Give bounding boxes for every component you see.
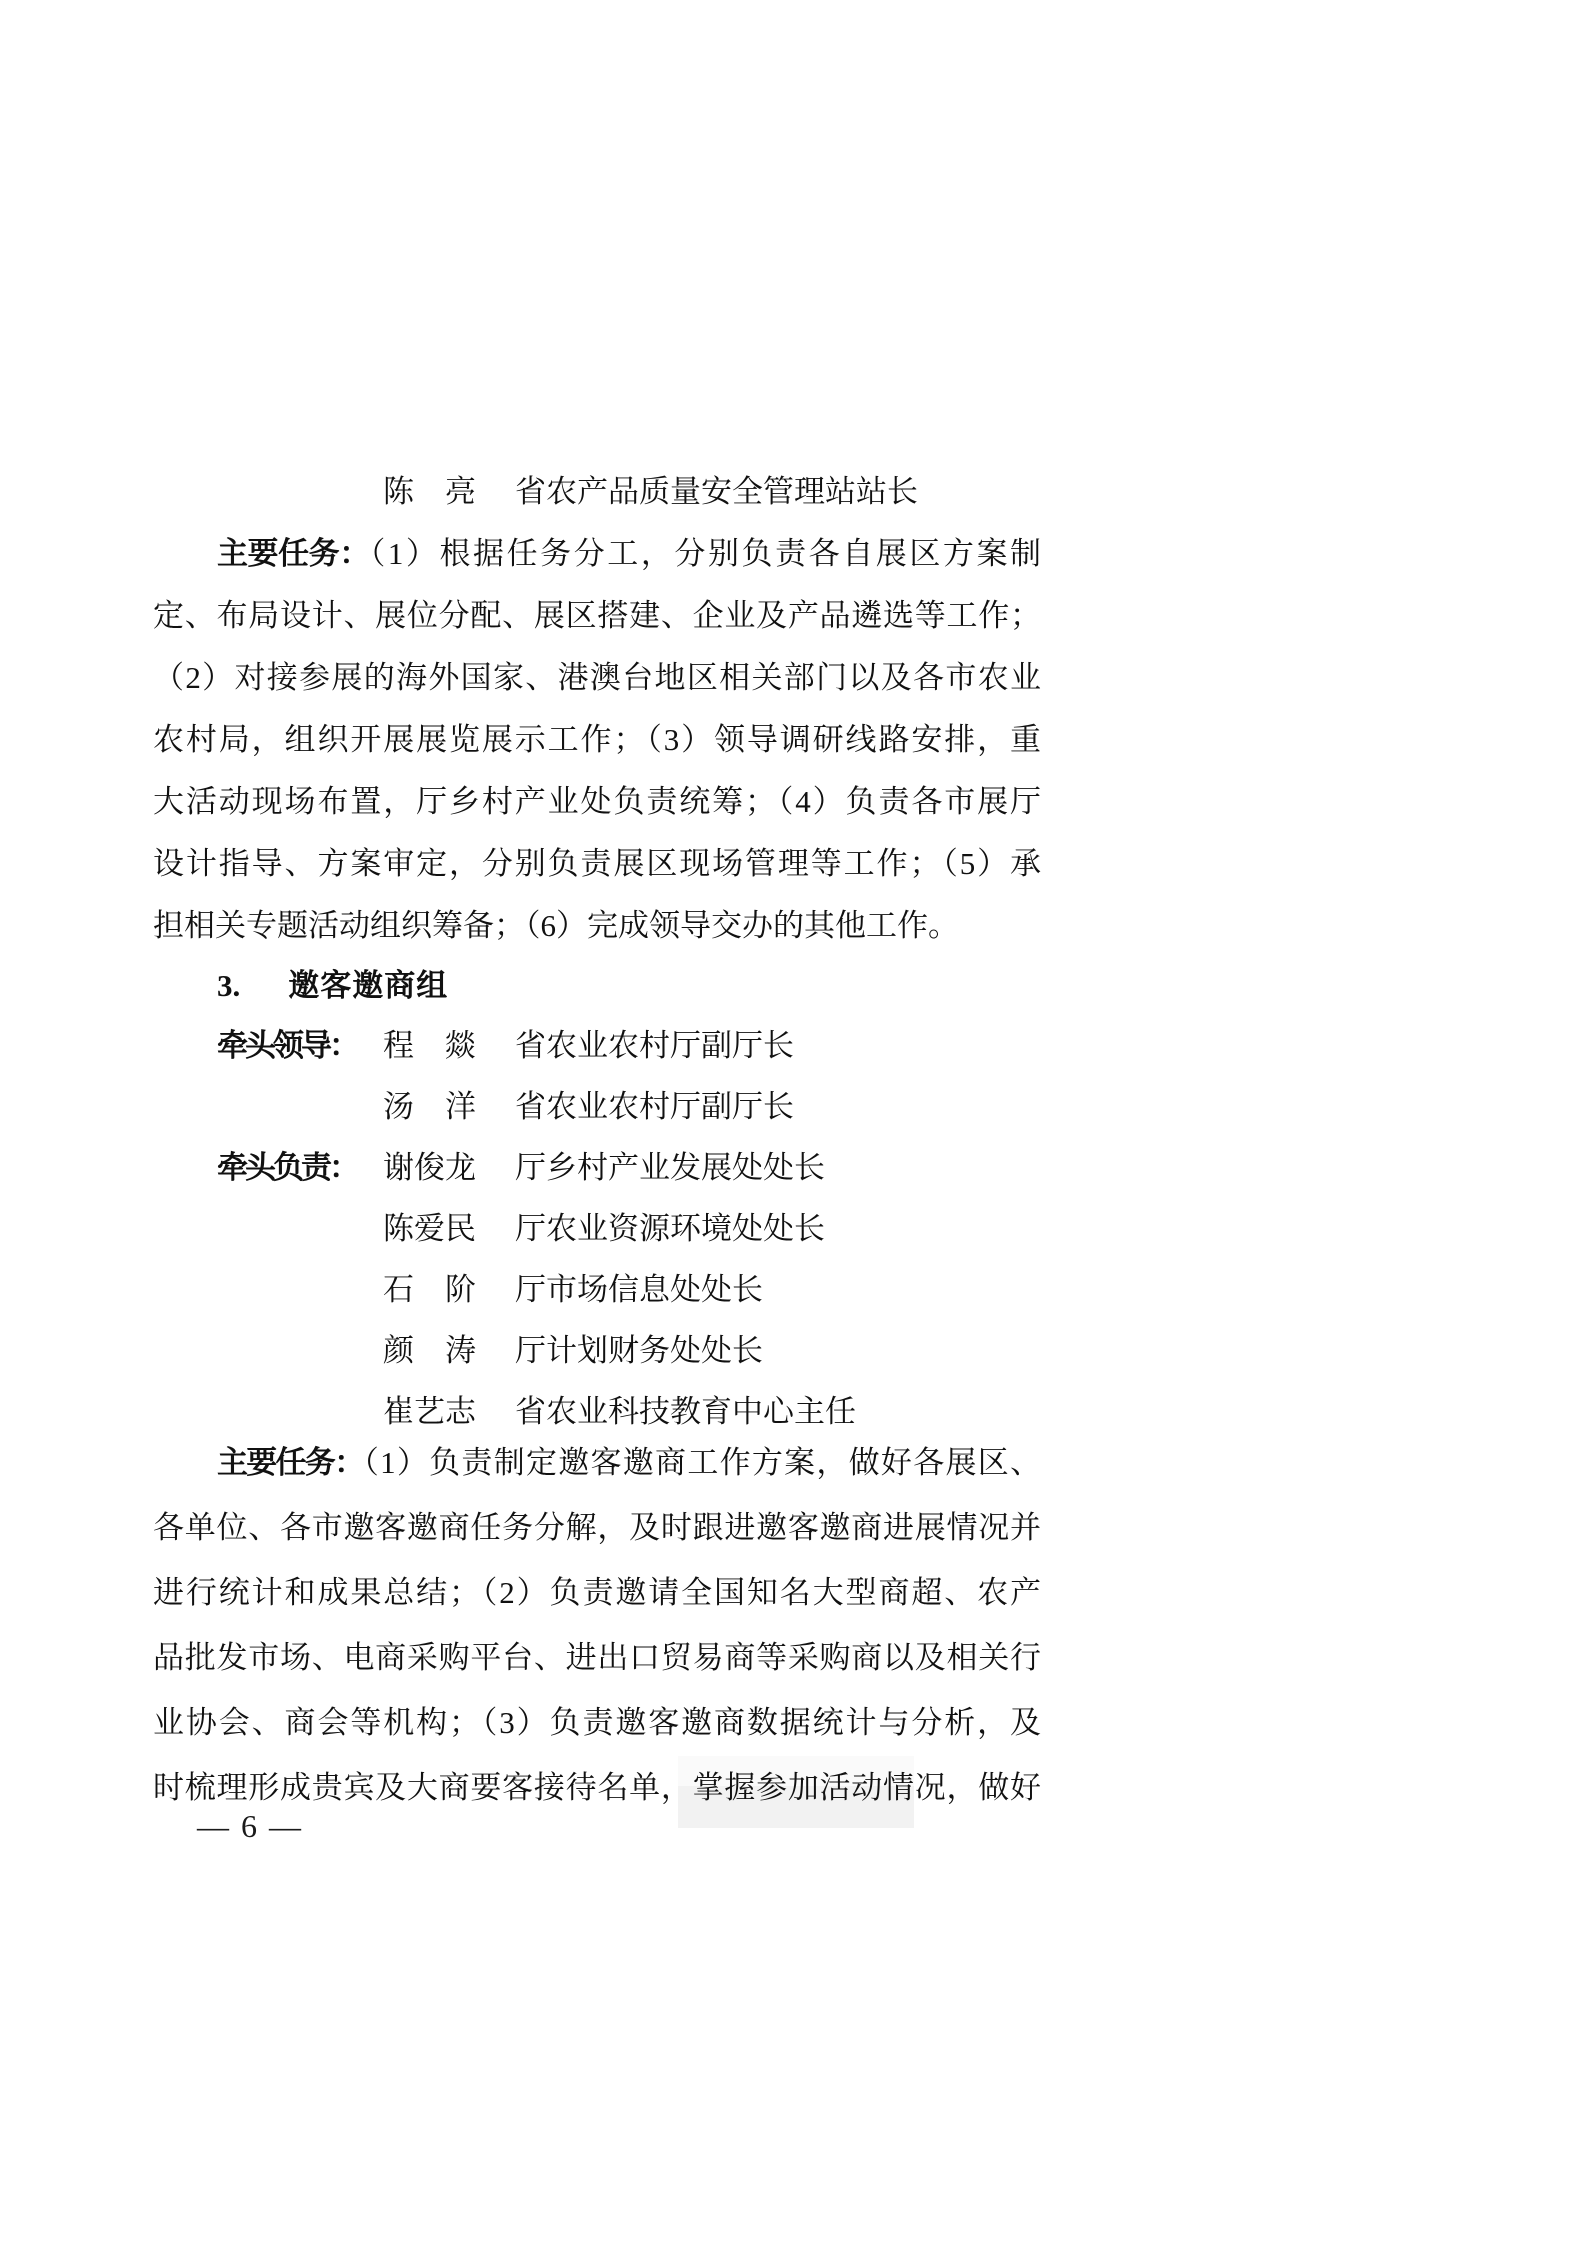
paragraph-line: 大活动现场布置，厅乡村产业处负责统筹；（4）负责各市展厅 bbox=[153, 771, 1041, 833]
member-name: 陈爱民 bbox=[383, 1198, 515, 1259]
row-label: 牵头领导： bbox=[217, 1015, 383, 1076]
tasks-paragraph-2: 主要任务：（1）负责制定邀客邀商工作方案，做好各展区、 各单位、各市邀客邀商任务… bbox=[153, 1430, 1041, 1820]
member-name: 汤 洋 bbox=[383, 1076, 515, 1137]
tasks-label: 主要任务： bbox=[217, 536, 370, 571]
paragraph-line: 各单位、各市邀客邀商任务分解，及时跟进邀客邀商进展情况并 bbox=[153, 1495, 1041, 1560]
member-name: 颜 涛 bbox=[383, 1320, 515, 1381]
paragraph-line: 担相关专题活动组织筹备；（6）完成领导交办的其他工作。 bbox=[153, 895, 1041, 957]
tasks-label: 主要任务： bbox=[217, 1445, 363, 1480]
paragraph-line: 定、布局设计、展位分配、展区搭建、企业及产品遴选等工作； bbox=[153, 585, 1041, 647]
paragraph-line: 农村局，组织开展展览展示工作；（3）领导调研线路安排，重 bbox=[153, 709, 1041, 771]
row-label: 牵头负责： bbox=[217, 1137, 383, 1198]
member-title: 厅乡村产业发展处处长 bbox=[515, 1150, 825, 1185]
section-number: 3. bbox=[217, 968, 240, 1003]
member-row-carryover: 陈 亮省农产品质量安全管理站站长 bbox=[153, 461, 1041, 523]
member-title: 省农业农村厅副厅长 bbox=[515, 1089, 794, 1124]
paragraph-line: 进行统计和成果总结；（2）负责邀请全国知名大型商超、农产 bbox=[153, 1560, 1041, 1625]
member-name: 石 阶 bbox=[383, 1259, 515, 1320]
paragraph-line: 设计指导、方案审定，分别负责展区现场管理等工作；（5）承 bbox=[153, 833, 1041, 895]
member-name: 程 燚 bbox=[383, 1015, 515, 1076]
member-title: 省农产品质量安全管理站站长 bbox=[515, 474, 918, 509]
paragraph-text: （1）负责制定邀客邀商工作方案，做好各展区、 bbox=[363, 1445, 1041, 1480]
tasks-paragraph-1: 主要任务：（1）根据任务分工，分别负责各自展区方案制 定、布局设计、展位分配、展… bbox=[153, 523, 1041, 957]
member-title: 厅农业资源环境处处长 bbox=[515, 1211, 825, 1246]
member-name: 陈 亮 bbox=[383, 461, 515, 523]
lead-row: 陈爱民厅农业资源环境处处长 bbox=[153, 1198, 1041, 1259]
member-title: 省农业农村厅副厅长 bbox=[515, 1028, 794, 1063]
paragraph-line: 业协会、商会等机构；（3）负责邀客邀商数据统计与分析，及 bbox=[153, 1690, 1041, 1755]
section-heading: 3.邀客邀商组 bbox=[153, 957, 1041, 1015]
section-title: 邀客邀商组 bbox=[288, 968, 448, 1003]
lead-row: 汤 洋省农业农村厅副厅长 bbox=[153, 1076, 1041, 1137]
member-title: 厅计划财务处处长 bbox=[515, 1333, 763, 1368]
document-page: 陈 亮省农产品质量安全管理站站长 主要任务：（1）根据任务分工，分别负责各自展区… bbox=[0, 0, 1588, 2245]
paragraph-line: 品批发市场、电商采购平台、进出口贸易商等采购商以及相关行 bbox=[153, 1625, 1041, 1690]
paragraph-line: （2）对接参展的海外国家、港澳台地区相关部门以及各市农业 bbox=[153, 647, 1041, 709]
member-name: 谢俊龙 bbox=[383, 1137, 515, 1198]
document-body: 陈 亮省农产品质量安全管理站站长 主要任务：（1）根据任务分工，分别负责各自展区… bbox=[153, 461, 1041, 1820]
lead-row: 石 阶厅市场信息处处长 bbox=[153, 1259, 1041, 1320]
lead-row: 牵头负责：谢俊龙厅乡村产业发展处处长 bbox=[153, 1137, 1041, 1198]
lead-row: 颜 涛厅计划财务处处长 bbox=[153, 1320, 1041, 1381]
lead-row: 牵头领导：程 燚省农业农村厅副厅长 bbox=[153, 1015, 1041, 1076]
lead-table: 牵头领导：程 燚省农业农村厅副厅长 汤 洋省农业农村厅副厅长 牵头负责：谢俊龙厅… bbox=[153, 1015, 1041, 1442]
page-number-footer: — 6 — bbox=[197, 1802, 303, 1850]
paragraph-line: 主要任务：（1）根据任务分工，分别负责各自展区方案制 bbox=[153, 523, 1041, 585]
member-title: 厅市场信息处处长 bbox=[515, 1272, 763, 1307]
paragraph-line: 主要任务：（1）负责制定邀客邀商工作方案，做好各展区、 bbox=[153, 1430, 1041, 1495]
member-title: 省农业科技教育中心主任 bbox=[515, 1394, 856, 1429]
paragraph-text: （1）根据任务分工，分别负责各自展区方案制 bbox=[370, 536, 1041, 571]
